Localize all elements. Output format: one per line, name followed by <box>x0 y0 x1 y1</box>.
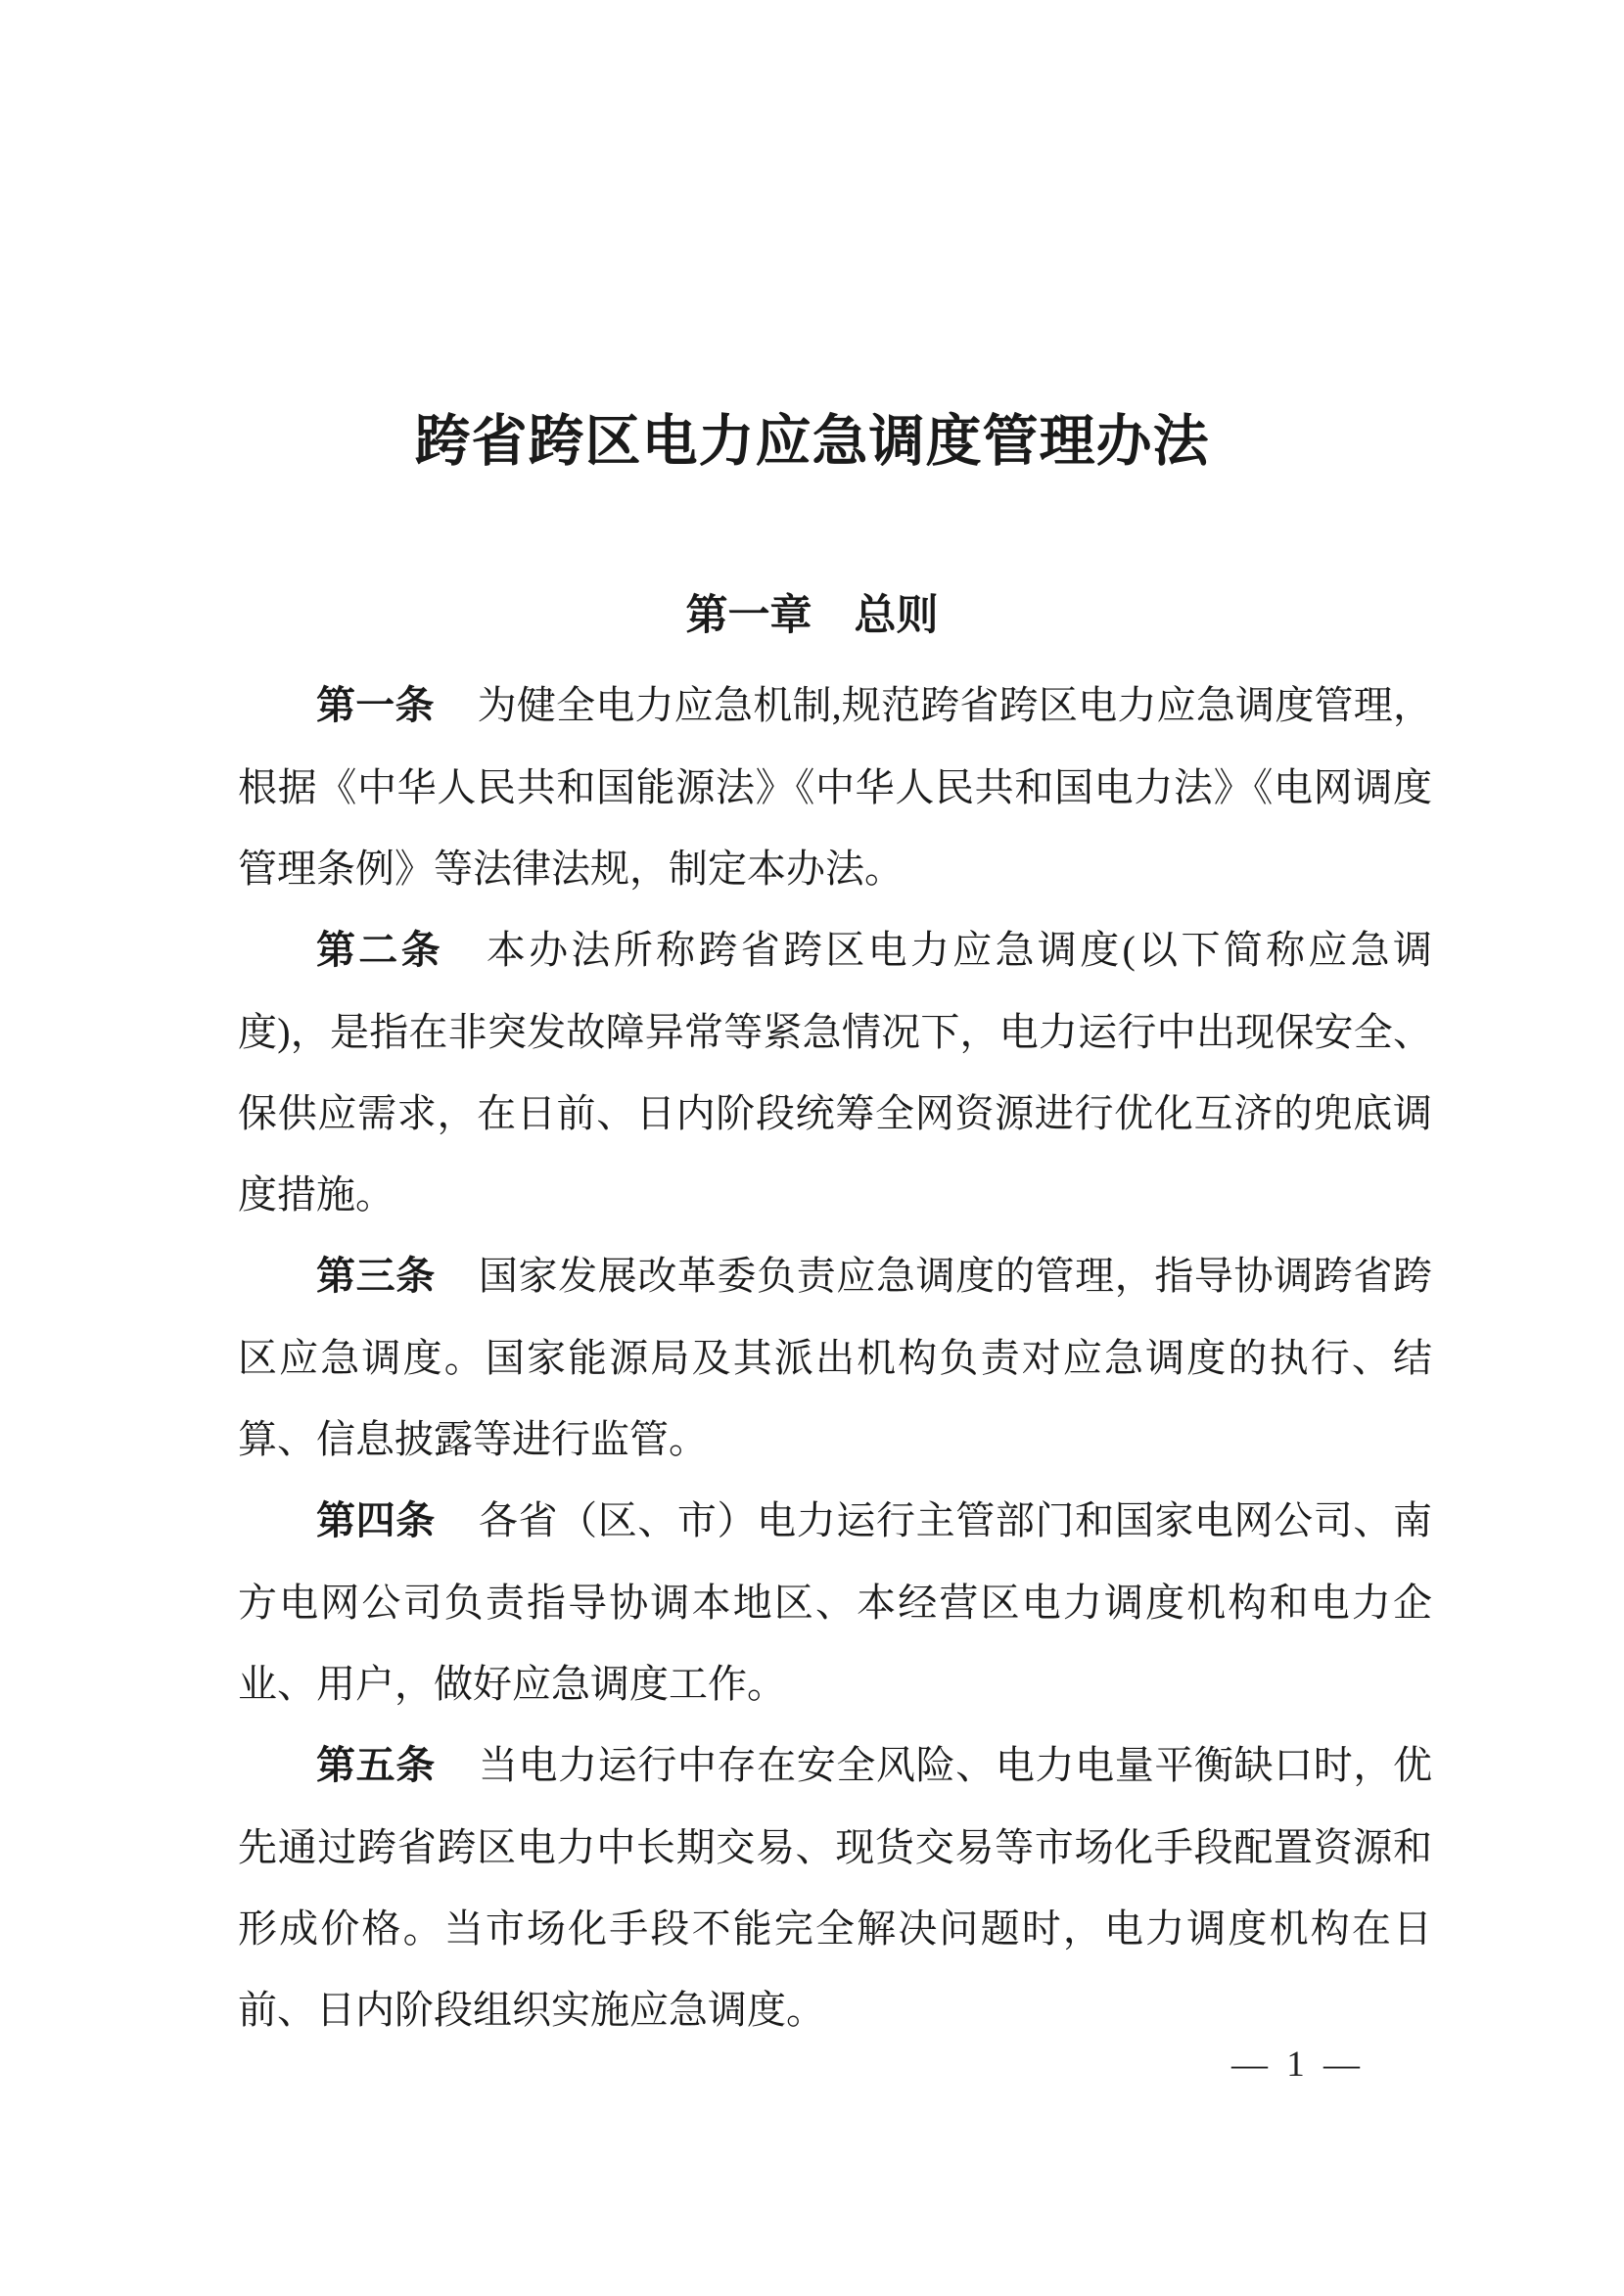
chapter-number: 第一章 <box>686 592 812 639</box>
article-label: 第一条 <box>316 684 435 727</box>
articles-body: 第一条为健全电力应急机制,规范跨省跨区电力应急调度管理，根据《中华人民共和国能源… <box>238 665 1432 2050</box>
article-paragraph: 第一条为健全电力应急机制,规范跨省跨区电力应急调度管理，根据《中华人民共和国能源… <box>238 665 1432 909</box>
document-title: 跨省跨区电力应急调度管理办法 <box>0 411 1624 474</box>
article-paragraph: 第三条国家发展改革委负责应急调度的管理，指导协调跨省跨区应急调度。国家能源局及其… <box>238 1235 1432 1480</box>
page-number: — 1 — <box>1231 2043 1360 2087</box>
article-label: 第二条 <box>316 929 443 972</box>
article-label: 第三条 <box>316 1255 436 1298</box>
article-paragraph: 第二条本办法所称跨省跨区电力应急调度(以下简称应急调度)，是指在非突发故障异常等… <box>238 909 1432 1235</box>
document-page: 跨省跨区电力应急调度管理办法 第一章总则 第一条为健全电力应急机制,规范跨省跨区… <box>0 0 1624 2296</box>
article-label: 第五条 <box>316 1744 436 1787</box>
article-paragraph: 第五条当电力运行中存在安全风险、电力电量平衡缺口时，优先通过跨省跨区电力中长期交… <box>238 1724 1432 2050</box>
chapter-name: 总则 <box>855 592 939 639</box>
chapter-heading: 第一章总则 <box>0 591 1624 640</box>
article-paragraph: 第四条各省（区、市）电力运行主管部门和国家电网公司、南方电网公司负责指导协调本地… <box>238 1480 1432 1724</box>
article-label: 第四条 <box>316 1499 436 1542</box>
